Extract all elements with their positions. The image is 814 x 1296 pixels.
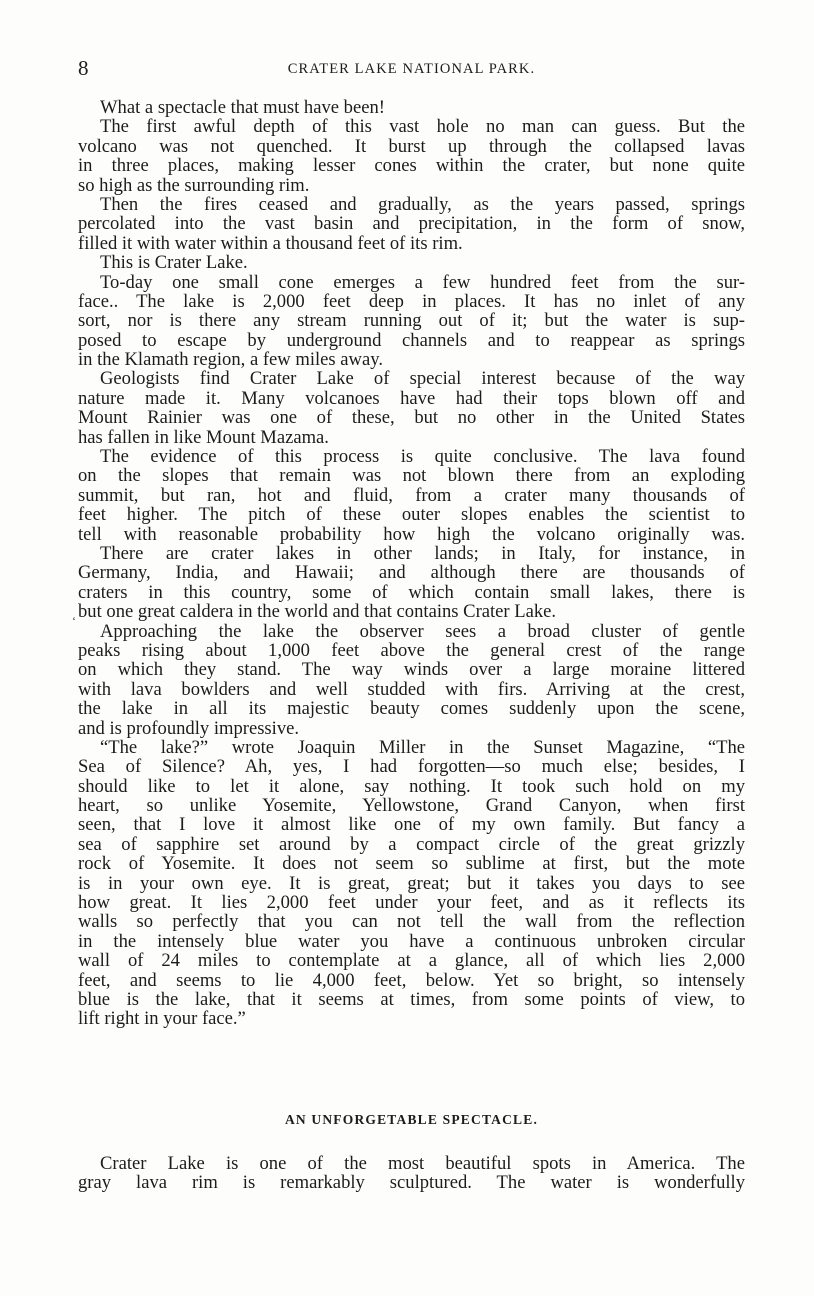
text-line: is in your own eye. It is great, great; … [78, 874, 745, 893]
text-line: face.. The lake is 2,000 feet deep in pl… [78, 292, 745, 311]
body-text: What a spectacle that must have been!The… [78, 98, 745, 1029]
text-line: Approaching the lake the observer sees a… [78, 622, 745, 641]
section-heading: AN UNFORGETABLE SPECTACLE. [78, 1112, 745, 1128]
text-line: gray lava rim is remarkably sculptured. … [78, 1173, 745, 1192]
section-body-text: Crater Lake is one of the most beautiful… [78, 1154, 745, 1193]
text-line: on which they stand. The way winds over … [78, 660, 745, 679]
text-line: Mount Rainier was one of these, but no o… [78, 408, 745, 427]
running-head: 8 CRATER LAKE NATIONAL PARK. [78, 56, 745, 80]
text-line: Then the fires ceased and gradually, as … [78, 195, 745, 214]
text-line: on the slopes that remain was not blown … [78, 466, 745, 485]
text-line: in the Klamath region, a few miles away. [78, 350, 745, 369]
margin-mark: ‘ [72, 614, 76, 629]
text-line: filled it with water within a thousand f… [78, 234, 745, 253]
text-line: in three places, making lesser cones wit… [78, 156, 745, 175]
text-line: craters in this country, some of which c… [78, 583, 745, 602]
text-line: walls so perfectly that you can not tell… [78, 912, 745, 931]
text-line: how great. It lies 2,000 feet under your… [78, 893, 745, 912]
text-line: heart, so unlike Yosemite, Yellowstone, … [78, 796, 745, 815]
text-line: lift right in your face.” [78, 1009, 745, 1028]
text-line: posed to escape by underground channels … [78, 331, 745, 350]
text-line: should like to let it alone, say nothing… [78, 777, 745, 796]
text-line: blue is the lake, that it seems at times… [78, 990, 745, 1009]
text-line: tell with reasonable probability how hig… [78, 525, 745, 544]
text-line: volcano was not quenched. It burst up th… [78, 137, 745, 156]
text-line: but one great caldera in the world and t… [78, 602, 745, 621]
text-line: seen, that I love it almost like one of … [78, 815, 745, 834]
text-line: The evidence of this process is quite co… [78, 447, 745, 466]
text-line: in the intensely blue water you have a c… [78, 932, 745, 951]
text-line: feet, and seems to lie 4,000 feet, below… [78, 971, 745, 990]
text-line: percolated into the vast basin and preci… [78, 214, 745, 233]
text-line: sort, nor is there any stream running ou… [78, 311, 745, 330]
book-page: 8 CRATER LAKE NATIONAL PARK. ‘ What a sp… [0, 0, 814, 1296]
text-line: sea of sapphire set around by a compact … [78, 835, 745, 854]
text-line: and is profoundly impressive. [78, 719, 745, 738]
text-line: The first awful depth of this vast hole … [78, 117, 745, 136]
text-line: has fallen in like Mount Mazama. [78, 428, 745, 447]
running-title: CRATER LAKE NATIONAL PARK. [78, 58, 745, 80]
text-line: Sea of Silence? Ah, yes, I had forgotten… [78, 757, 745, 776]
text-line: Crater Lake is one of the most beautiful… [78, 1154, 745, 1173]
text-line: rock of Yosemite. It does not seem so su… [78, 854, 745, 873]
text-line: so high as the surrounding rim. [78, 176, 745, 195]
text-line: This is Crater Lake. [78, 253, 745, 272]
text-line: Germany, India, and Hawaii; and although… [78, 563, 745, 582]
text-line: the lake in all its majestic beauty come… [78, 699, 745, 718]
text-line: wall of 24 miles to contemplate at a gla… [78, 951, 745, 970]
text-line: To-day one small cone emerges a few hund… [78, 273, 745, 292]
text-line: summit, but ran, hot and fluid, from a c… [78, 486, 745, 505]
text-line: with lava bowlders and well studded with… [78, 680, 745, 699]
text-line: There are crater lakes in other lands; i… [78, 544, 745, 563]
text-line: peaks rising about 1,000 feet above the … [78, 641, 745, 660]
text-line: feet higher. The pitch of these outer sl… [78, 505, 745, 524]
text-line: “The lake?” wrote Joaquin Miller in the … [78, 738, 745, 757]
text-line: Geologists find Crater Lake of special i… [78, 369, 745, 388]
text-line: What a spectacle that must have been! [78, 98, 745, 117]
text-line: nature made it. Many volcanoes have had … [78, 389, 745, 408]
